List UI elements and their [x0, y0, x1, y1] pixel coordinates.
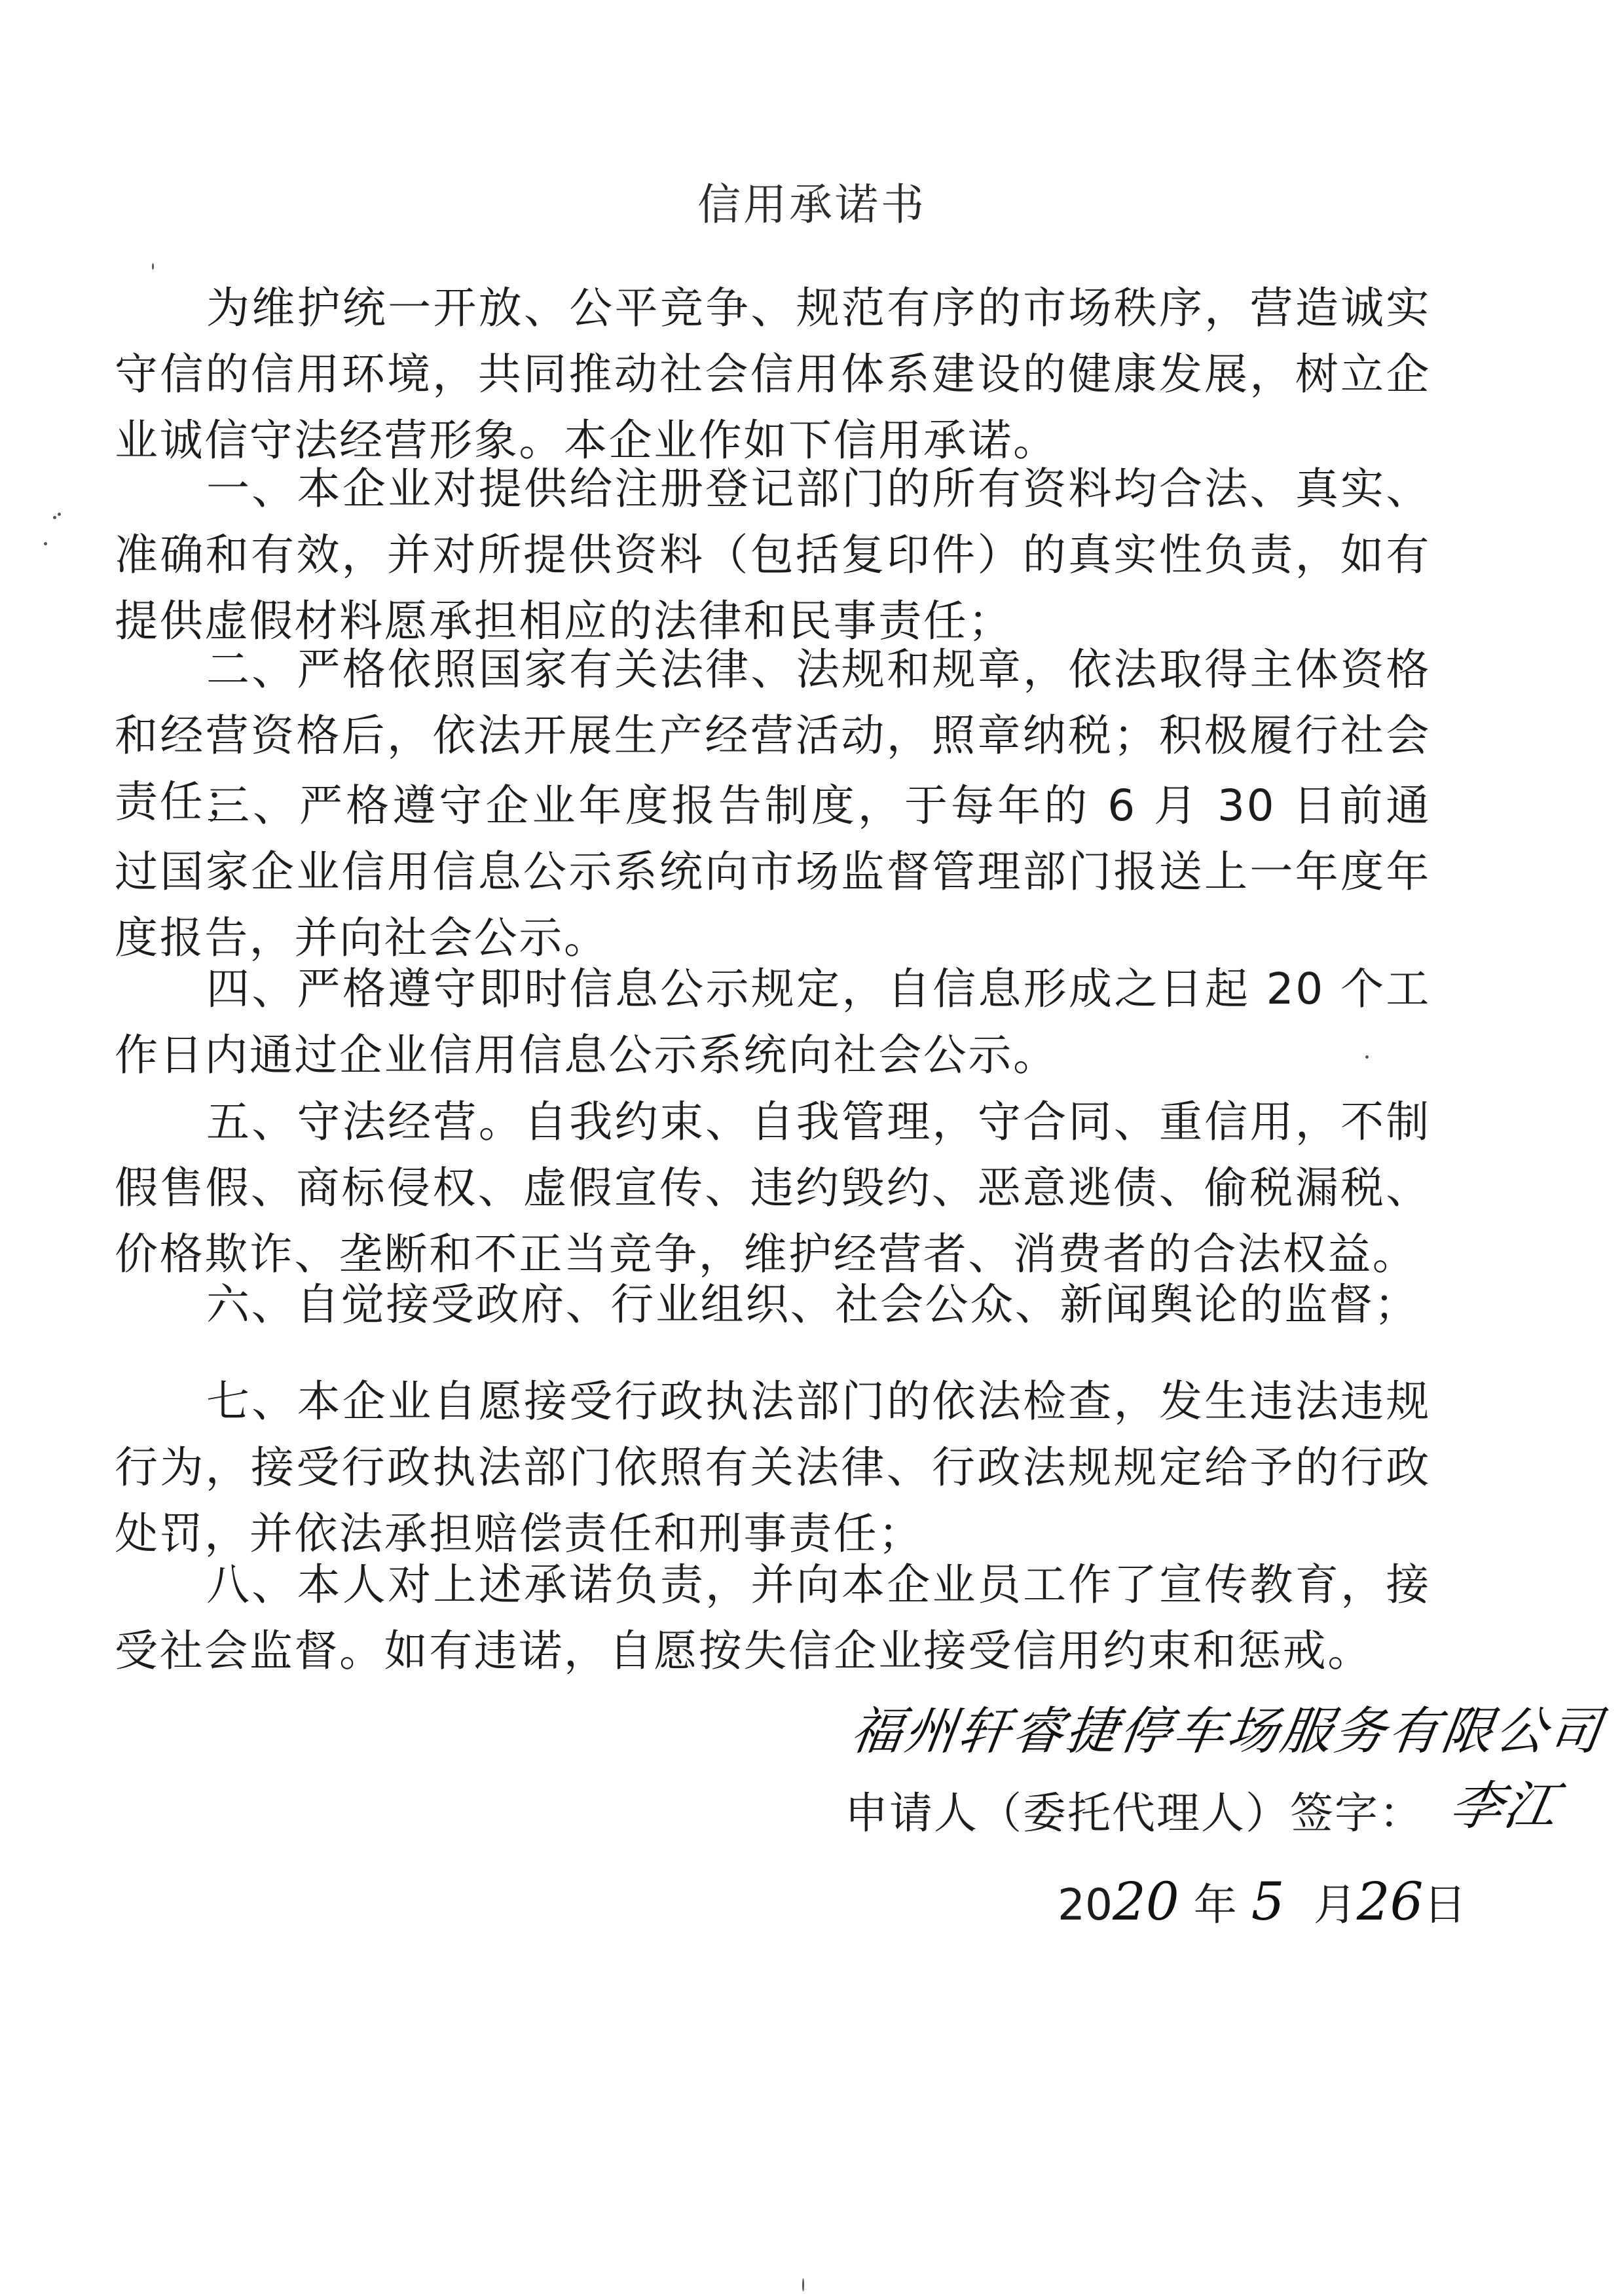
scan-speck: [44, 542, 47, 545]
intro-paragraph: 为维护统一开放、公平竞争、规范有序的市场秩序，营造诚实守信的信用环境，共同推动社…: [115, 275, 1431, 473]
scan-speck: [53, 516, 56, 519]
date-month-unit: 月: [1314, 1880, 1357, 1930]
date-month-handwritten: 5: [1251, 1871, 1285, 1932]
date-year-unit: 年: [1194, 1880, 1237, 1930]
handwritten-company-name: 福州轩睿捷停车场服务有限公司: [847, 1699, 1608, 1764]
commitment-8: 八、本人对上述承诺负责，并向本企业员工作了宣传教育，接受社会监督。如有违诺，自愿…: [115, 1552, 1431, 1684]
handwritten-signature: 李江: [1445, 1774, 1564, 1839]
commitment-1: 一、本企业对提供给注册登记部门的所有资料均合法、真实、准确和有效，并对所提供资料…: [115, 456, 1431, 654]
date-day-unit: 日: [1423, 1880, 1466, 1930]
commitment-4: 四、严格遵守即时信息公示规定，自信息形成之日起 20 个工作日内通过企业信用信息…: [115, 956, 1431, 1088]
commitment-7: 七、本企业自愿接受行政执法部门的依法检查，发生违法违规行为，接受行政执法部门依照…: [115, 1368, 1431, 1567]
date-year-handwritten: 20: [1113, 1871, 1179, 1932]
signature-line: 申请人（委托代理人）签字：李江: [845, 1777, 1557, 1846]
scan-speck: [58, 513, 61, 516]
commitment-3: 三、严格遵守企业年度报告制度，于每年的 6 月 30 日前通过国家企业信用信息公…: [115, 773, 1431, 971]
document-title: 信用承诺书: [0, 175, 1624, 234]
scan-speck: [152, 263, 154, 270]
scan-speck: [1365, 1055, 1369, 1059]
date-day-handwritten: 26: [1357, 1871, 1424, 1932]
document-page: 信用承诺书 为维护统一开放、公平竞争、规范有序的市场秩序，营造诚实守信的信用环境…: [0, 0, 1624, 2296]
scan-speck: [802, 2278, 804, 2291]
commitment-6: 六、自觉接受政府、行业组织、社会公众、新闻舆论的监督；: [115, 1271, 1431, 1338]
commitment-5: 五、守法经营。自我约束、自我管理，守合同、重信用，不制假售假、商标侵权、虚假宣传…: [115, 1089, 1431, 1287]
signer-label: 申请人（委托代理人）签字：: [845, 1781, 1424, 1846]
date-year-printed: 20: [1058, 1880, 1113, 1930]
date-line: 2020年5月26日: [1058, 1869, 1466, 1938]
